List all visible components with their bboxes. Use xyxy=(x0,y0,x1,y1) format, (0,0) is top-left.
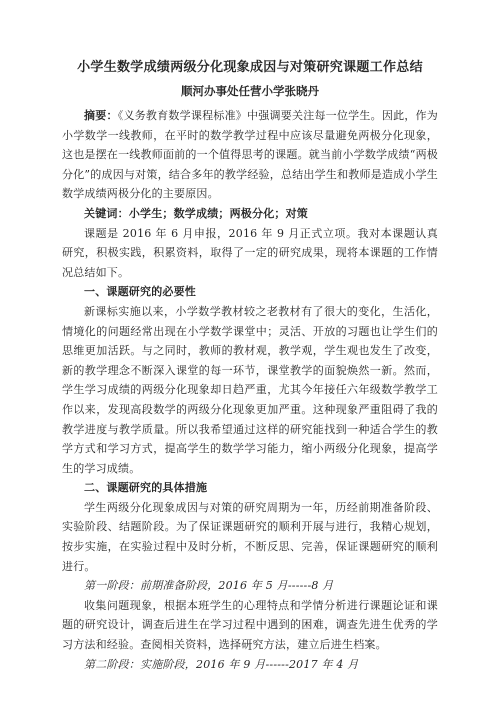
abstract-paragraph: 摘要：《义务教育数学课程标准》中强调要关注每一位学生。因此，作为小学数学一线教师… xyxy=(62,106,438,204)
section-2-paragraph: 学生两级分化现象成因与对策的研究周期为一年，历经前期准备阶段、实验阶段、结题阶段… xyxy=(62,498,438,576)
section-2-heading: 二、课题研究的具体措施 xyxy=(62,478,438,498)
author-line: 顺河办事处任营小学张晓丹 xyxy=(62,82,438,100)
abstract-text: 《义务教育数学课程标准》中强调要关注每一位学生。因此，作为小学数学一线教师，在平… xyxy=(62,109,438,200)
intro-paragraph: 课题是 2016 年 6 月申报，2016 年 9 月正式立项。我对本课题认真研… xyxy=(62,224,438,283)
page-title: 小学生数学成绩两级分化现象成因与对策研究课题工作总结 xyxy=(62,58,438,78)
stage-1-title: 第一阶段：前期准备阶段，2016 年 5 月------8 月 xyxy=(62,576,438,596)
keywords-text: 小学生；数学成绩；两极分化；对策 xyxy=(129,207,308,220)
document-content: 小学生数学成绩两级分化现象成因与对策研究课题工作总结 顺河办事处任营小学张晓丹 … xyxy=(0,0,500,674)
abstract-label: 摘要： xyxy=(84,109,118,122)
page-number: 1 xyxy=(0,643,500,653)
keywords-paragraph: 关键词：小学生；数学成绩；两极分化；对策 xyxy=(62,204,438,224)
section-1-heading: 一、课题研究的必要性 xyxy=(62,282,438,302)
section-1-paragraph: 新课标实施以来，小学数学教材较之老教材有了很大的变化，生活化，情境化的问题经常出… xyxy=(62,302,438,478)
stage-2-title: 第二阶段：实施阶段，2016 年 9 月------2017 年 4 月 xyxy=(62,655,438,675)
keywords-label: 关键词： xyxy=(84,207,129,220)
document-body: 摘要：《义务教育数学课程标准》中强调要关注每一位学生。因此，作为小学数学一线教师… xyxy=(62,106,438,674)
document-page: 小学生数学成绩两级分化现象成因与对策研究课题工作总结 顺河办事处任营小学张晓丹 … xyxy=(0,0,500,707)
